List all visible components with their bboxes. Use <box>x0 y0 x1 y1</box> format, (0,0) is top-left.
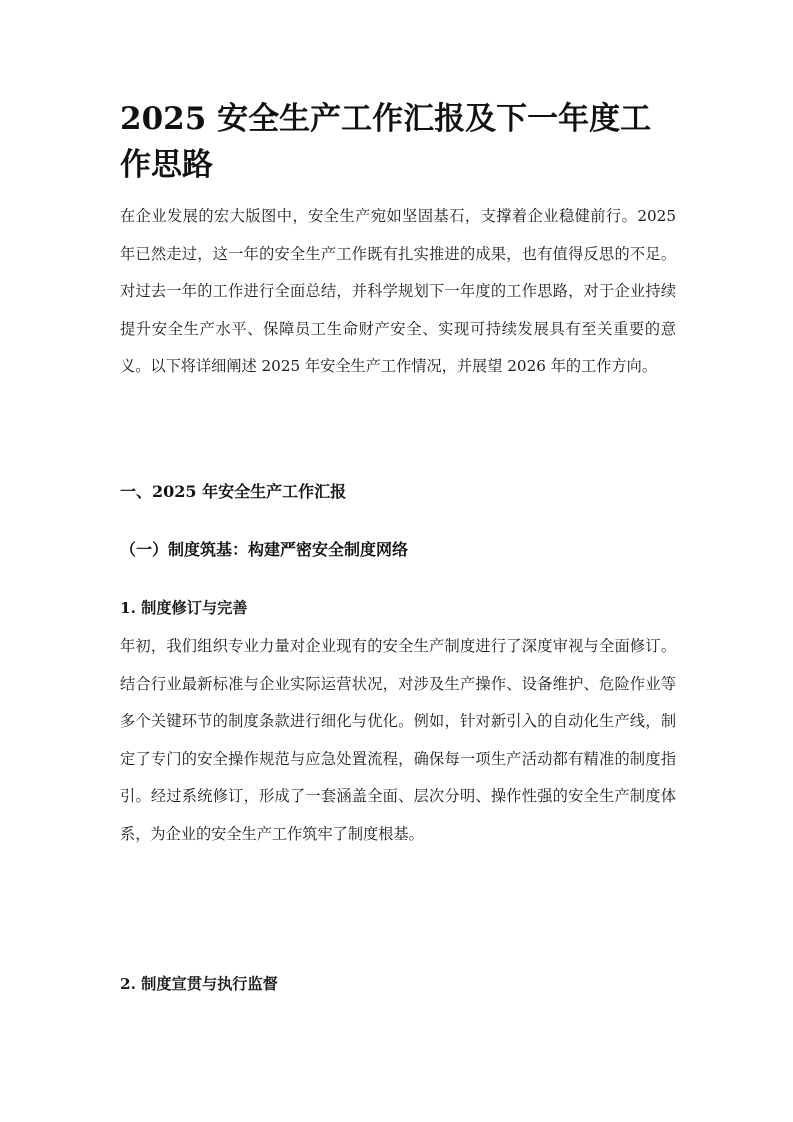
item-heading-1: 1. 制度修订与完善 <box>120 596 247 620</box>
section-heading-1: 一、2025 年安全生产工作汇报 <box>120 480 346 504</box>
intro-paragraph: 在企业发展的宏大版图中，安全生产宛如坚固基石，支撑着企业稳健前行。2025 年已… <box>120 198 676 386</box>
subsection-heading-1: （一）制度筑基：构建严密安全制度网络 <box>120 538 408 562</box>
item-heading-2: 2. 制度宣贯与执行监督 <box>120 972 278 996</box>
item-body-1: 年初，我们组织专业力量对企业现有的安全生产制度进行了深度审视与全面修订。结合行业… <box>120 628 676 853</box>
document-title: 2025 安全生产工作汇报及下一年度工作思路 <box>120 96 680 188</box>
